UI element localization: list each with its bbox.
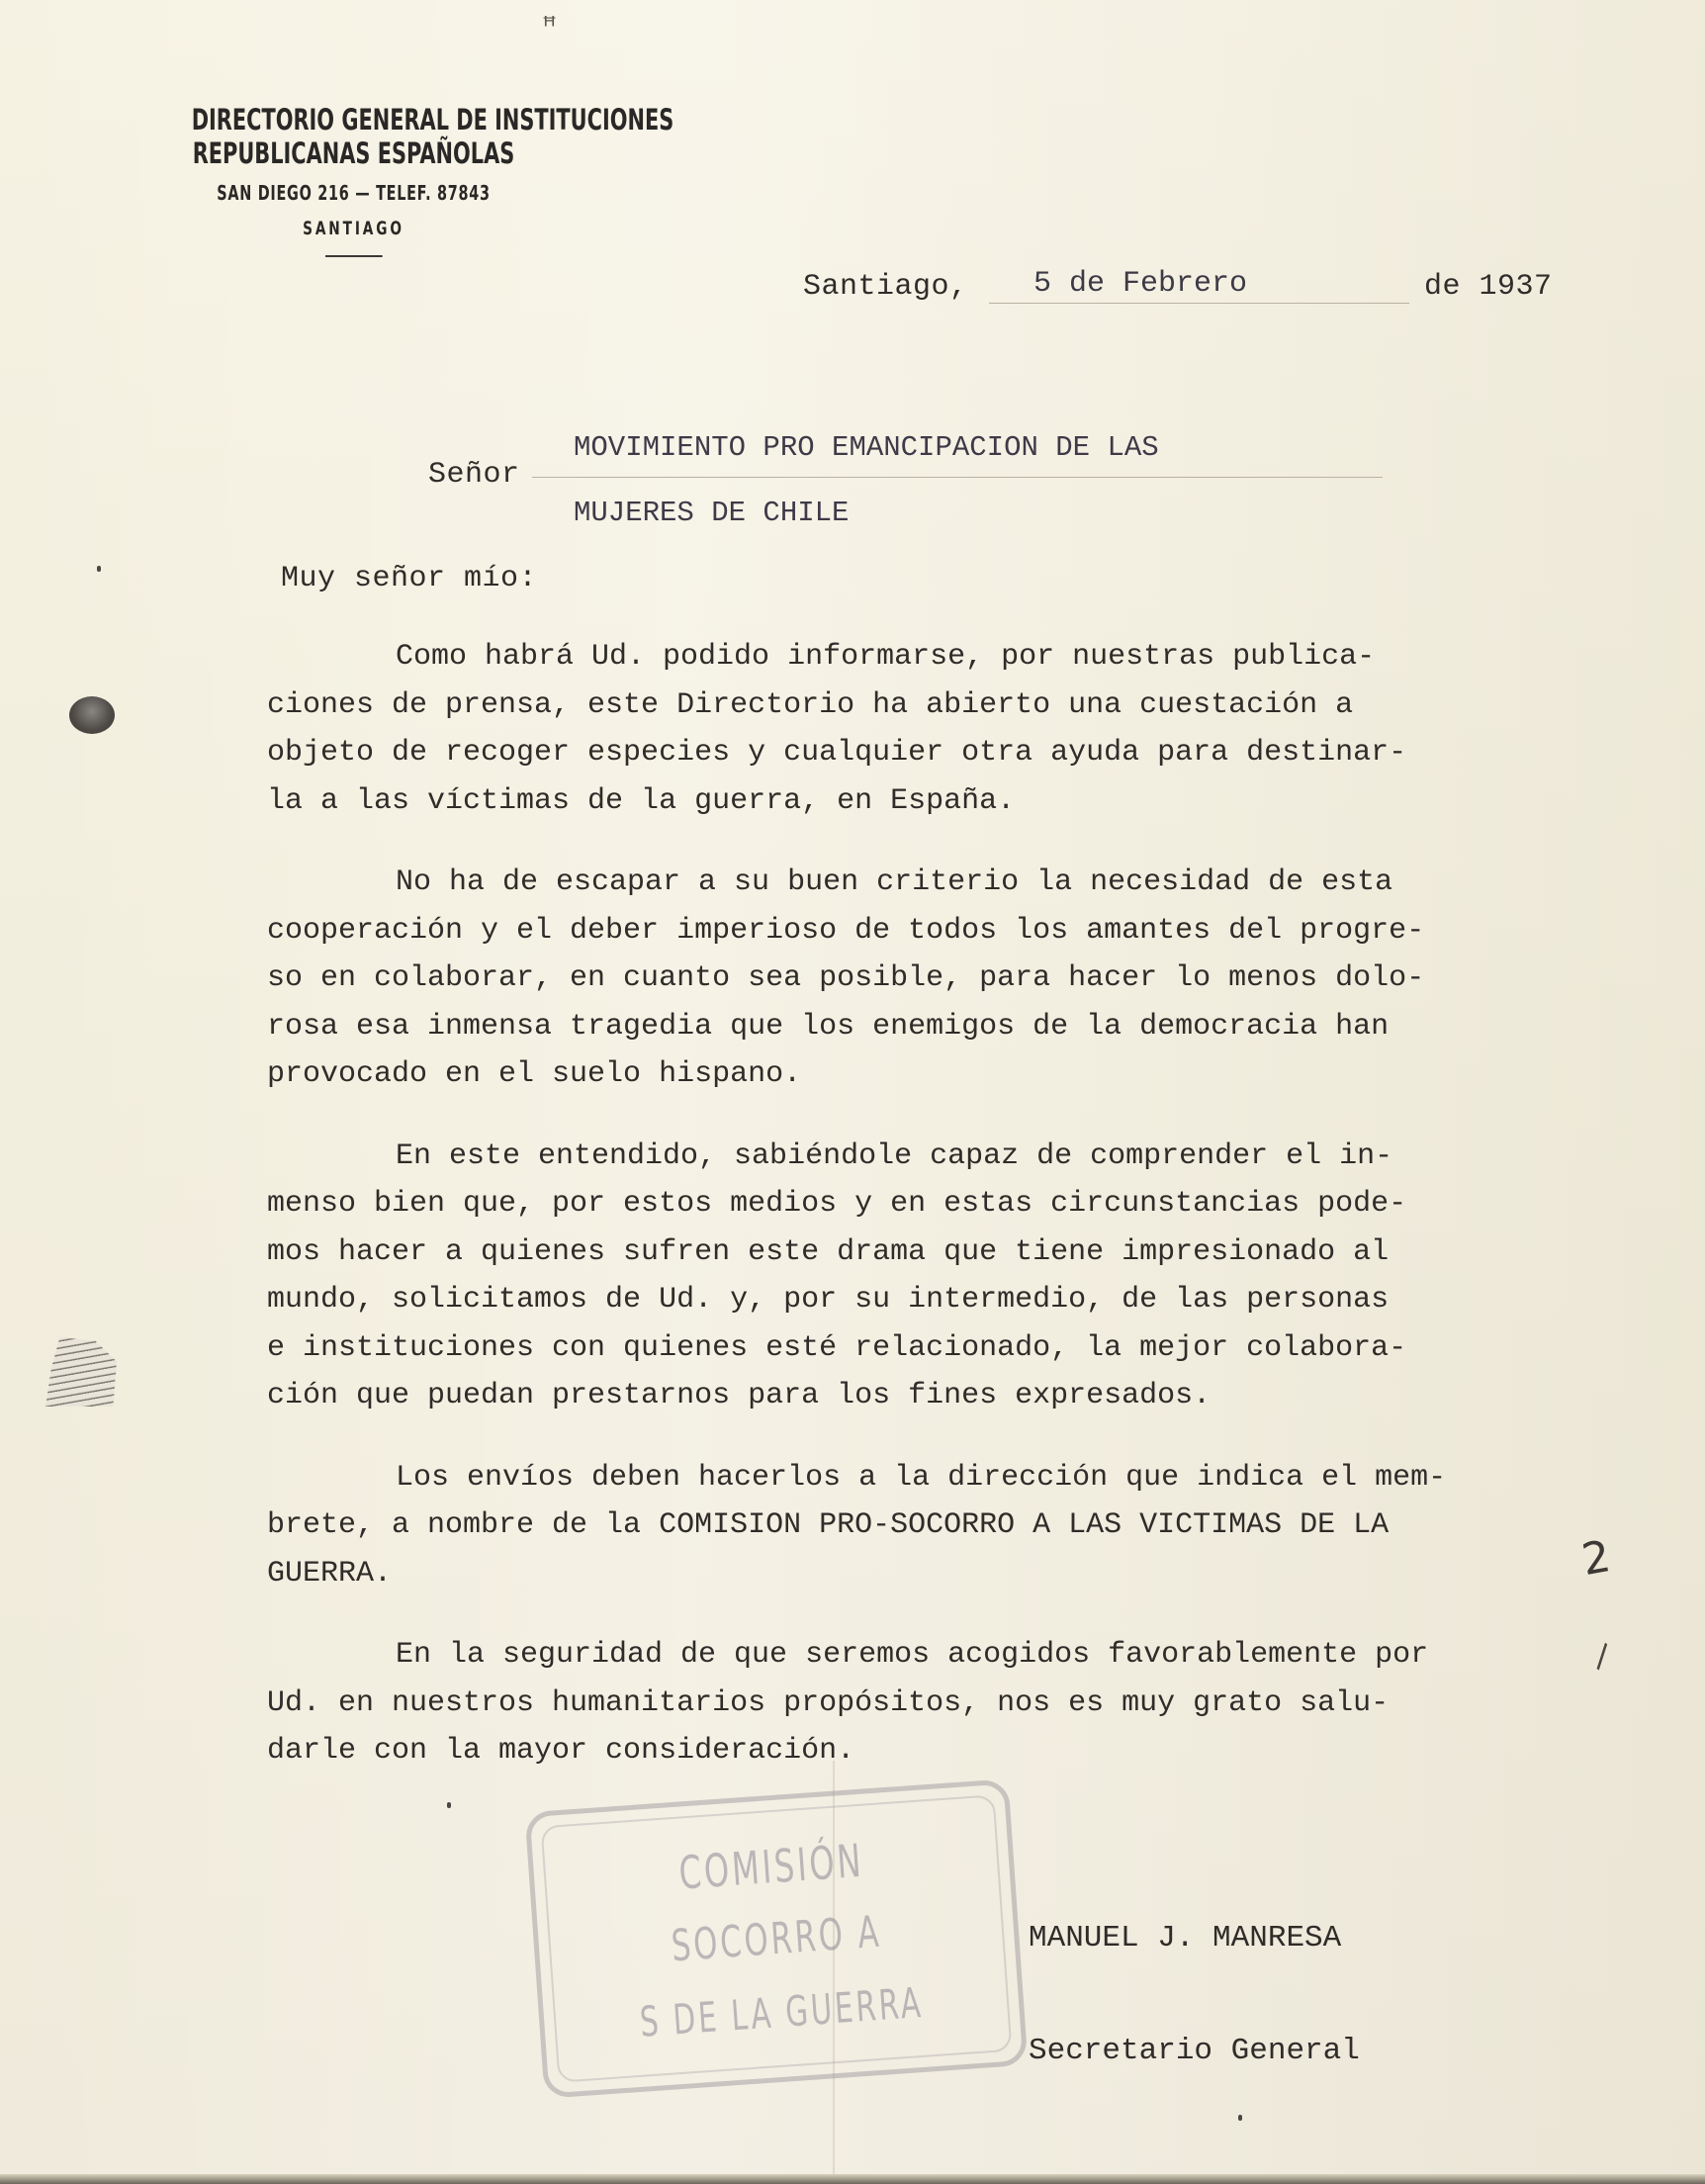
body-line: No ha de escapar a su buen criterio la n…	[267, 859, 1602, 907]
body-line: e instituciones con quienes esté relacio…	[267, 1324, 1602, 1373]
body-line: En la seguridad de que seremos acogidos …	[267, 1631, 1602, 1680]
body-line: GUERRA.	[267, 1550, 1602, 1598]
paragraph: En la seguridad de que seremos acogidos …	[267, 1631, 1602, 1775]
letterhead-address: SAN DIEGO 216 — TELEF. 87843	[192, 180, 516, 206]
body-line: mundo, solicitamos de Ud. y, por su inte…	[267, 1276, 1602, 1324]
date-underline	[989, 303, 1409, 304]
date-city: Santiago,	[803, 270, 968, 304]
salutation: Muy señor mío:	[281, 562, 537, 595]
body-line: Como habrá Ud. podido informarse, por nu…	[267, 633, 1602, 682]
body-line: objeto de recoger especies y cualquier o…	[267, 729, 1602, 777]
body-line: mos hacer a quienes sufren este drama qu…	[267, 1228, 1602, 1277]
letterhead-rule	[325, 255, 383, 257]
date-year: de 1937	[1424, 270, 1553, 304]
body-line: En este entendido, sabiéndole capaz de c…	[267, 1133, 1602, 1181]
body-line: la a las víctimas de la guerra, en Españ…	[267, 777, 1602, 826]
paper-bottom-edge	[0, 2174, 1705, 2184]
date-day-month: 5 de Febrero	[1033, 267, 1247, 301]
ink-dot	[97, 566, 101, 572]
letterhead-city: SANTIAGO	[192, 216, 516, 241]
letterhead-org-name-2: REPUBLICANAS ESPAÑOLAS	[192, 136, 516, 170]
paragraph: No ha de escapar a su buen criterio la n…	[267, 859, 1602, 1099]
ink-dot	[1238, 2115, 1242, 2121]
recipient-underline	[532, 477, 1383, 478]
recipient-label: Señor	[428, 458, 520, 492]
signatory-name: MANUEL J. MANRESA	[1029, 1920, 1360, 1957]
body-line: darle con la mayor consideración.	[267, 1727, 1602, 1775]
signature-block: MANUEL J. MANRESA Secretario General	[1029, 1845, 1360, 2108]
body-line: cooperación y el deber imperioso de todo…	[267, 907, 1602, 955]
letterhead-org-name-1: DIRECTORIO GENERAL DE INSTITUCIONES	[192, 103, 516, 136]
body-line: rosa esa inmensa tragedia que los enemig…	[267, 1003, 1602, 1051]
letter-body: Como habrá Ud. podido informarse, por nu…	[267, 633, 1602, 1809]
body-line: ciones de prensa, este Directorio ha abi…	[267, 682, 1602, 730]
commission-stamp: COMISIÓN SOCORRO A S DE LA GUERRA	[524, 1778, 1028, 2098]
recipient-line-2: MUJERES DE CHILE	[574, 497, 849, 529]
paragraph: Los envíos deben hacerlos a la dirección…	[267, 1454, 1602, 1598]
hole-punch-mark	[69, 696, 115, 734]
paragraph: En este entendido, sabiéndole capaz de c…	[267, 1133, 1602, 1420]
top-pencil-mark: ꟸ	[542, 12, 557, 42]
signatory-title: Secretario General	[1029, 2033, 1360, 2070]
body-line: Los envíos deben hacerlos a la dirección…	[267, 1454, 1602, 1502]
paragraph: Como habrá Ud. podido informarse, por nu…	[267, 633, 1602, 825]
ink-dot	[447, 1802, 451, 1808]
body-line: Ud. en nuestros humanitarios propósitos,…	[267, 1680, 1602, 1728]
body-line: menso bien que, por estos medios y en es…	[267, 1180, 1602, 1228]
body-line: so en colaborar, en cuanto sea posible, …	[267, 955, 1602, 1003]
body-line: provocado en el suelo hispano.	[267, 1050, 1602, 1099]
letterhead: DIRECTORIO GENERAL DE INSTITUCIONES REPU…	[192, 103, 516, 257]
body-line: ción que puedan prestarnos para los fine…	[267, 1372, 1602, 1420]
body-line: brete, a nombre de la COMISION PRO-SOCOR…	[267, 1501, 1602, 1550]
recipient-line-1: MOVIMIENTO PRO EMANCIPACION DE LAS	[574, 431, 1159, 464]
